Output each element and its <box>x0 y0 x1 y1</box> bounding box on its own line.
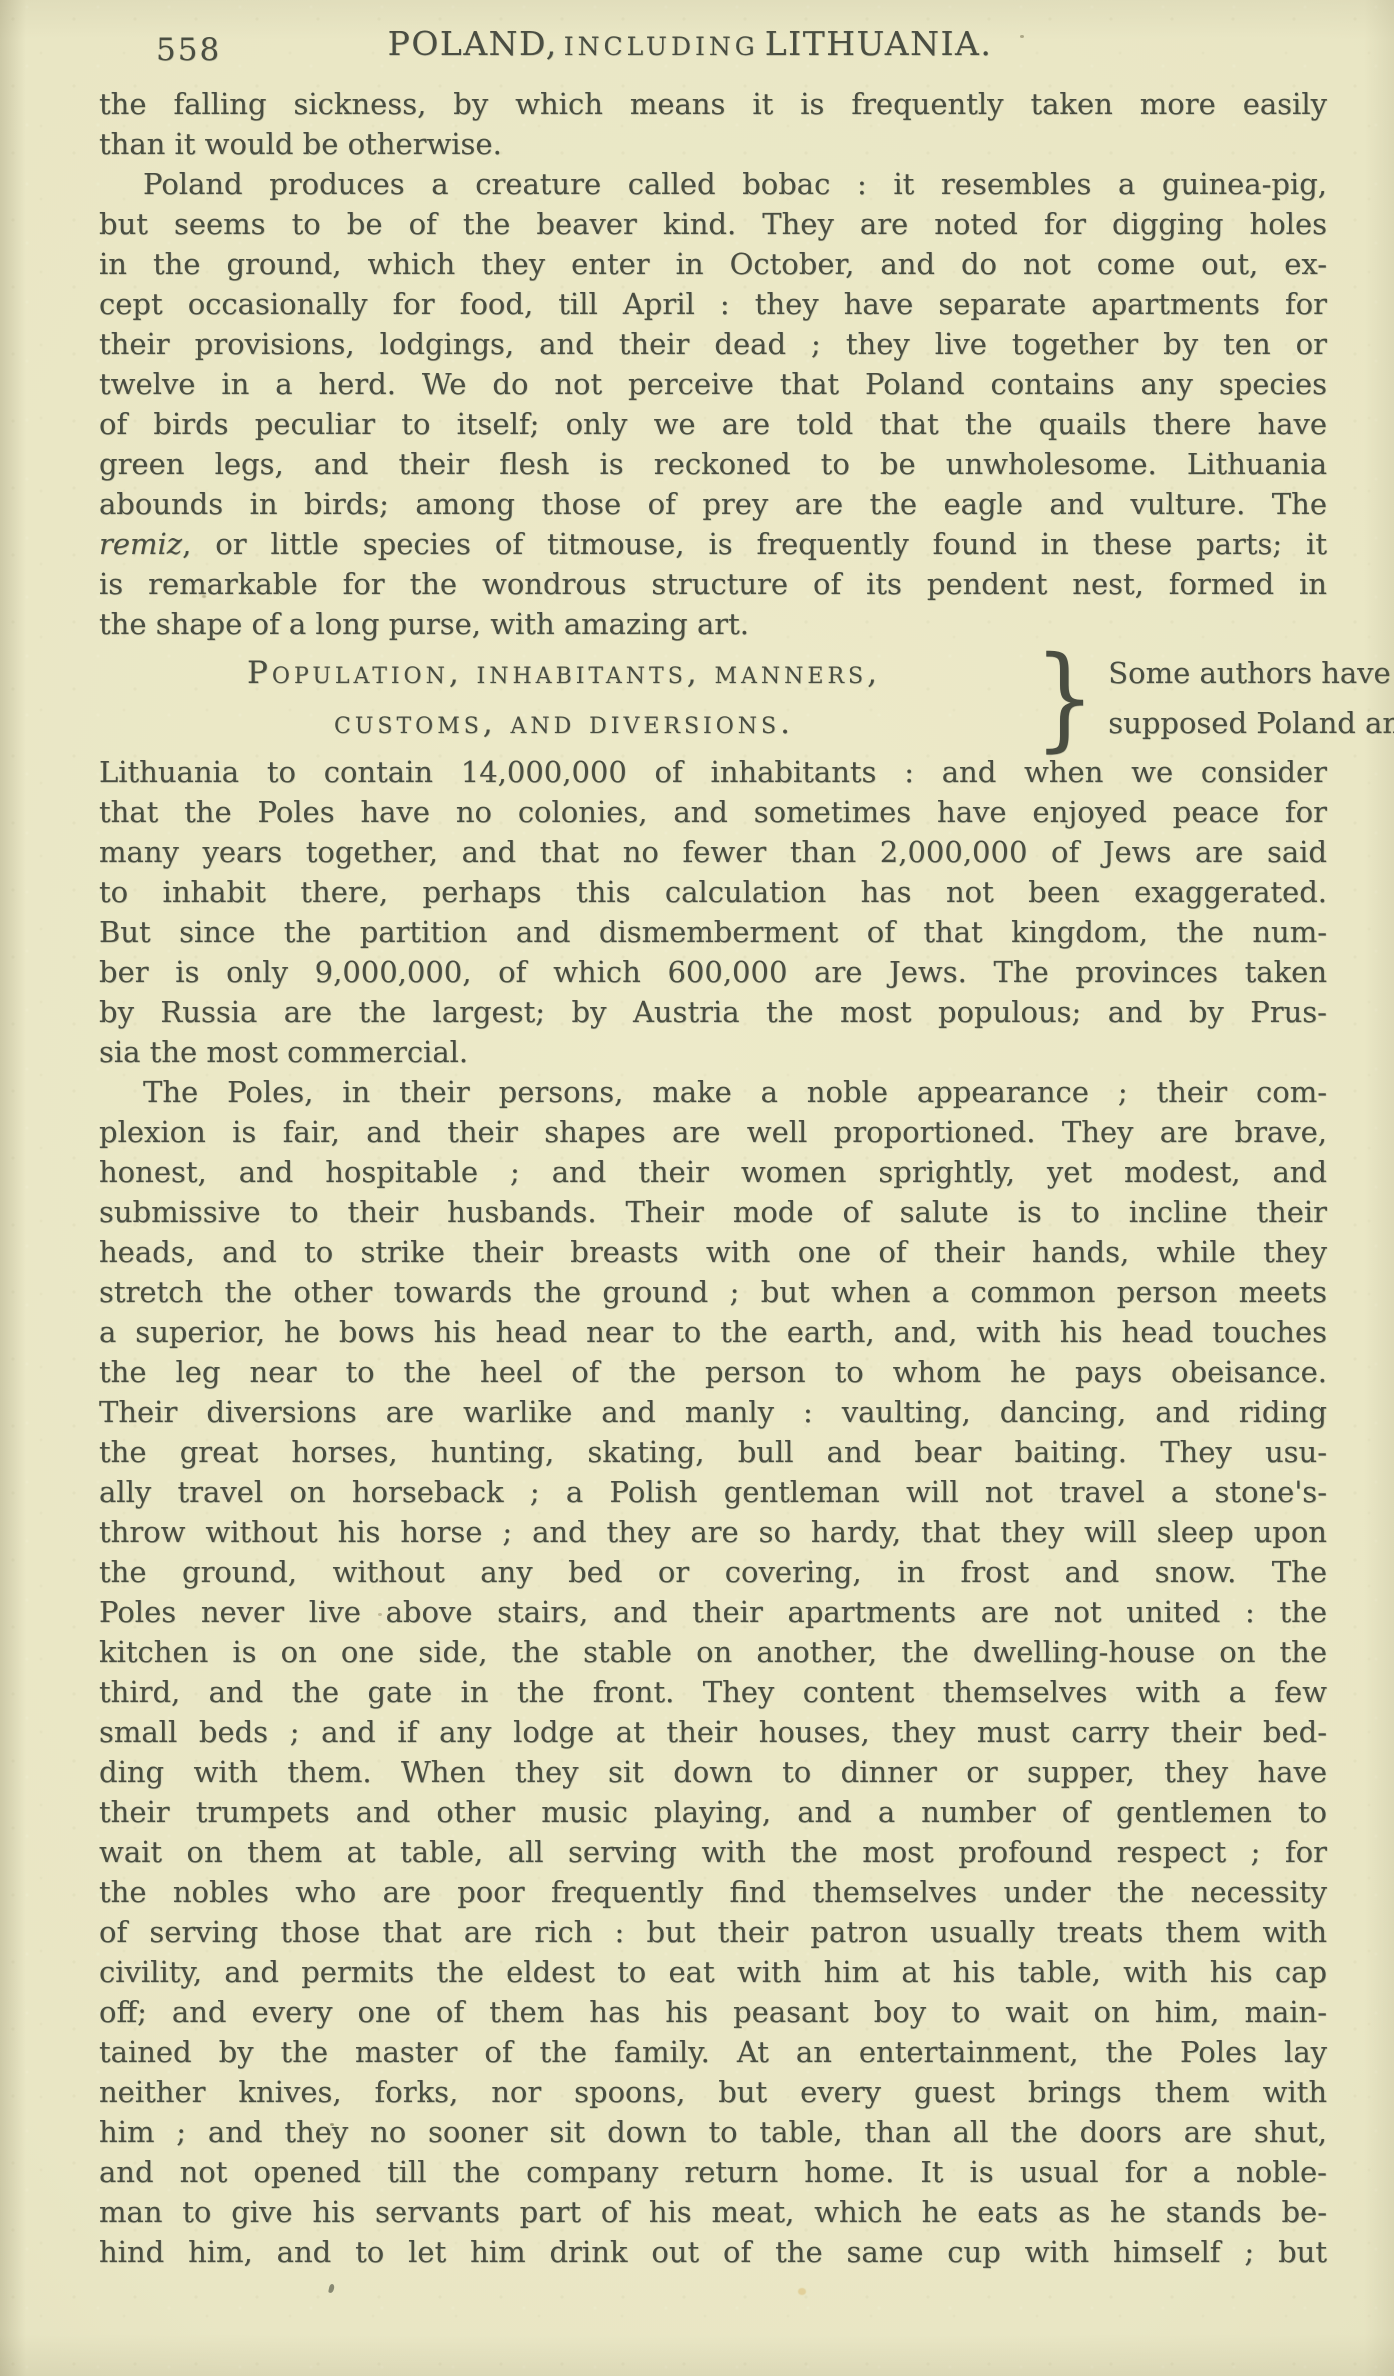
text-line: a superior, he bows his head near to the… <box>99 1312 1327 1352</box>
text-line: tained by the master of the family. At a… <box>99 2032 1327 2072</box>
text-line: neither knives, forks, nor spoons, but e… <box>99 2072 1327 2112</box>
brace-glyph: } <box>1034 648 1095 748</box>
paragraph-bobac-birds: Poland produces a creature called bobac … <box>99 164 1327 644</box>
text-line: small beds ; and if any lodge at their h… <box>99 1712 1327 1752</box>
text-line: kitchen is on one side, the stable on an… <box>99 1632 1327 1672</box>
text-line: heads, and to strike their breasts with … <box>99 1232 1327 1272</box>
text-line: the falling sickness, by which means it … <box>99 84 1327 124</box>
text-line: of birds peculiar to itself; only we are… <box>99 404 1327 444</box>
section-heading-lead-in: Some authors have supposed Poland and <box>1100 648 1394 748</box>
text-line: is remarkable for the wondrous structure… <box>99 564 1327 604</box>
text-line: abounds in birds; among those of prey ar… <box>99 484 1327 524</box>
text-line: The Poles, in their persons, make a nobl… <box>99 1072 1327 1112</box>
text-line: plexion is fair, and their shapes are we… <box>99 1112 1327 1152</box>
running-head-part2: INCLUDING <box>558 32 765 61</box>
section-heading-line2: customs, and diversions. <box>99 698 1029 748</box>
text-line: wait on them at table, all serving with … <box>99 1832 1327 1872</box>
text-line: by Russia are the largest; by Austria th… <box>99 992 1327 1032</box>
text-line: honest, and hospitable ; and their women… <box>99 1152 1327 1192</box>
running-head: POLAND,INCLUDINGLITHUANIA. <box>0 24 1380 63</box>
text-line: than it would be otherwise. <box>99 124 1327 164</box>
book-page-scan: 558 POLAND,INCLUDINGLITHUANIA. the falli… <box>0 0 1394 2376</box>
text-line: third, and the gate in the front. They c… <box>99 1672 1327 1712</box>
text-line: stretch the other towards the ground ; b… <box>99 1272 1327 1312</box>
text-line: Poland produces a creature called bobac … <box>99 164 1327 204</box>
section-heading-title: Population, inhabitants, manners, custom… <box>99 648 1029 748</box>
text-line: off; and every one of them has his peasa… <box>99 1992 1327 2032</box>
text-line: in the ground, which they enter in Octob… <box>99 244 1327 284</box>
paragraph-falling-sickness: the falling sickness, by which means it … <box>99 84 1327 164</box>
text-line: the great horses, hunting, skating, bull… <box>99 1432 1327 1472</box>
text-line: cept occasionally for food, till April :… <box>99 284 1327 324</box>
text-line: submissive to their husbands. Their mode… <box>99 1192 1327 1232</box>
text-line: but seems to be of the beaver kind. They… <box>99 204 1327 244</box>
section-heading: Population, inhabitants, manners, custom… <box>99 646 1327 750</box>
text-line: Lithuania to contain 14,000,000 of inhab… <box>99 752 1327 792</box>
text-line: that the Poles have no colonies, and som… <box>99 792 1327 832</box>
text-line: ally travel on horseback ; a Polish gent… <box>99 1472 1327 1512</box>
text-line: many years together, and that no fewer t… <box>99 832 1327 872</box>
running-head-part1: POLAND, <box>388 24 558 63</box>
text-line: Poles never live above stairs, and their… <box>99 1592 1327 1632</box>
stray-ink-mark <box>328 2284 335 2294</box>
text-line: to inhabit there, perhaps this calculati… <box>99 872 1327 912</box>
text-line: the ground, without any bed or covering,… <box>99 1552 1327 1592</box>
text-line: the leg near to the heel of the person t… <box>99 1352 1327 1392</box>
lead-in-line1: Some authors have <box>1108 648 1394 698</box>
text-line: hind him, and to let him drink out of th… <box>99 2232 1327 2272</box>
text-line: Their diversions are warlike and manly :… <box>99 1392 1327 1432</box>
text-line: their trumpets and other music playing, … <box>99 1792 1327 1832</box>
text-line: throw without his horse ; and they are s… <box>99 1512 1327 1552</box>
ink-speck <box>330 2123 334 2126</box>
paragraph-population: Lithuania to contain 14,000,000 of inhab… <box>99 752 1327 1072</box>
text-line: civility, and permits the eldest to eat … <box>99 1952 1327 1992</box>
paragraph-poles-manners: The Poles, in their persons, make a nobl… <box>99 1072 1327 2272</box>
text-line: the shape of a long purse, with amazing … <box>99 604 1327 644</box>
text-line: man to give his servants part of his mea… <box>99 2192 1327 2232</box>
text-line: twelve in a herd. We do not perceive tha… <box>99 364 1327 404</box>
page-header: 558 POLAND,INCLUDINGLITHUANIA. <box>0 24 1394 74</box>
text-line: of serving those that are rich : but the… <box>99 1912 1327 1952</box>
text-line: him ; and they no sooner sit down to tab… <box>99 2112 1327 2152</box>
text-block: the falling sickness, by which means it … <box>99 84 1327 2272</box>
text-line: But since the partition and dismembermen… <box>99 912 1327 952</box>
text-line: ber is only 9,000,000, of which 600,000 … <box>99 952 1327 992</box>
section-heading-line1: Population, inhabitants, manners, <box>99 648 1029 698</box>
text-line: sia the most commercial. <box>99 1032 1327 1072</box>
running-head-part3: LITHUANIA. <box>765 24 993 63</box>
text-line: and not opened till the company return h… <box>99 2152 1327 2192</box>
text-line: remiz, or little species of titmouse, is… <box>99 524 1327 564</box>
text-line: ding with them. When they sit down to di… <box>99 1752 1327 1792</box>
text-line: the nobles who are poor frequently find … <box>99 1872 1327 1912</box>
text-line: green legs, and their flesh is reckoned … <box>99 444 1327 484</box>
text-line: their provisions, lodgings, and their de… <box>99 324 1327 364</box>
lead-in-line2: supposed Poland and <box>1108 698 1394 748</box>
